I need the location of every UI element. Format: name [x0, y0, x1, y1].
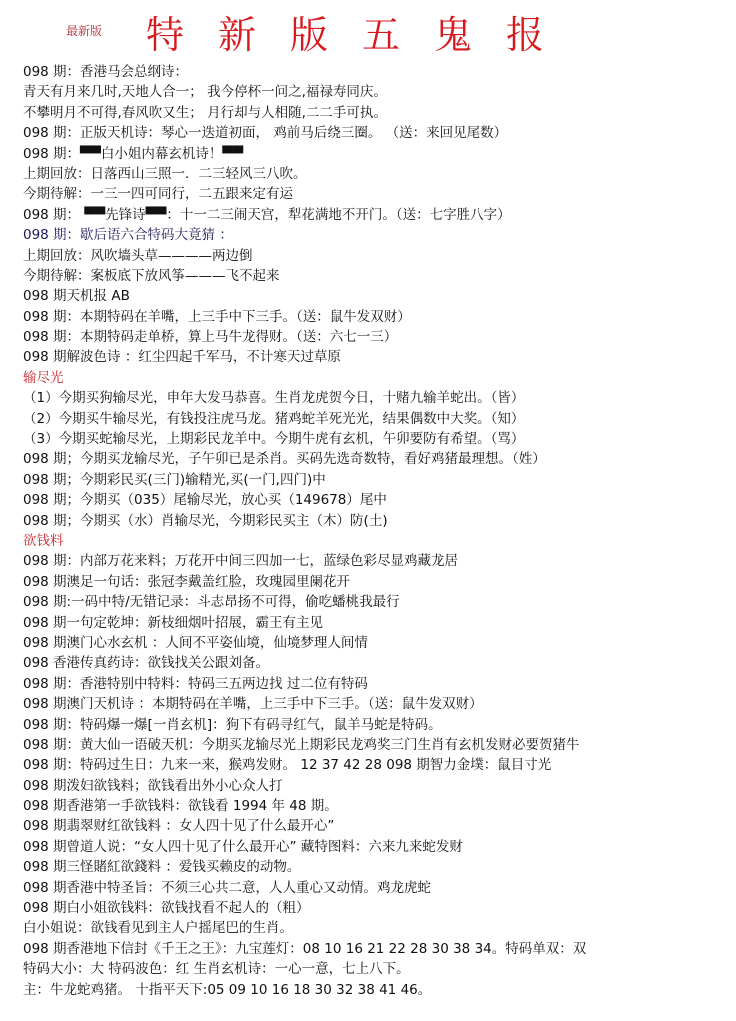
- title-char: 版: [290, 4, 338, 59]
- text-line: 098 期；今期彩民买(三门)输精光,买(一门,四门)中: [23, 470, 733, 490]
- text-line: 不攀明月不可得,春风吹又生； 月行却与人相随,二二手可执。: [23, 103, 733, 123]
- text-line: 098 期：特码过生日：九来一来，猴鸡发财。 12 37 42 28 098 期…: [23, 755, 733, 775]
- text-line: 098 期：香港马会总纲诗：: [23, 62, 733, 82]
- text-line: 098 期：黄大仙一语破天机：今期买龙输尽光上期彩民龙鸡奖三门生肖有玄机发财必要…: [23, 735, 733, 755]
- text-line: 上期回放：风吹墙头草————两边倒: [23, 246, 733, 266]
- title-char: 新: [218, 4, 266, 59]
- text-line: （1）今期买狗输尽光，申年大发马恭喜。生肖龙虎贺今日，十赌九输羊蛇出。（皆）: [23, 388, 733, 408]
- text-line: 098 期香港中特圣旨：不须三心共二意，人人重心又动情。鸡龙虎蛇: [23, 878, 733, 898]
- text-line: 098 期：本期特码在羊嘴，上三手中下三手。（送：鼠牛发双财）: [23, 307, 733, 327]
- text-line: 098 期：香港特别中特料：特码三五两边找 过二位有特码: [23, 674, 733, 694]
- text-line: 青天有月来几时,天地人合一； 我今停杯一问之,福禄寿同庆。: [23, 82, 733, 102]
- text-line: 上期回放：日落西山三照一．二三轻风三八吹。: [23, 164, 733, 184]
- title-char: 特: [146, 4, 194, 59]
- text-line: 098 期： ▀▀先锋诗▀▀：十一二三闹天宫，犁花满地不开门。（送：七字胜八字）: [23, 205, 733, 225]
- text-line: 098 期解波色诗 ：红尘四起千军马，不计寒天过草原: [23, 347, 733, 367]
- text-line: 098 期；今期买（水）肖输尽光，今期彩民买主（木）防(土): [23, 511, 733, 531]
- text-line: （2）今期买牛输尽光，有钱投注虎马龙。猪鸡蛇羊死光光，结果偶数中大奖。（知）: [23, 409, 733, 429]
- text-line: 特码大小：大 特码波色：红 生肖玄机诗：一心一意，七上八下。: [23, 959, 733, 979]
- header: 最新版 特新版五鬼报: [0, 0, 736, 56]
- title-char: 鬼: [434, 4, 482, 59]
- title-char: 报: [506, 4, 554, 59]
- title-char: 五: [362, 4, 410, 59]
- text-line: 098 期澳门天机诗 ：本期特码在羊嘴，上三手中下三手。（送：鼠牛发双财）: [23, 694, 733, 714]
- text-line: 主：牛龙蛇鸡猪。 十指平天下:05 09 10 16 18 30 32 38 4…: [23, 980, 733, 1000]
- text-line: 098 香港传真药诗：欲钱找关公跟刘备。: [23, 653, 733, 673]
- text-line: 098 期香港第一手欲钱料：欲钱看 1994 年 48 期。: [23, 796, 733, 816]
- text-line: 098 期：本期特码走单桥，算上马牛龙得财。（送：六七一三）: [23, 327, 733, 347]
- text-line: 098 期澳门心水玄机 ：人间不平姿仙境，仙境梦理人间情: [23, 633, 733, 653]
- text-line: 098 期：特码爆一爆[一肖玄机]：狗下有码寻红气，鼠羊马蛇是特码。: [23, 715, 733, 735]
- section-heading: 输尽光: [23, 368, 733, 388]
- edition-label: 最新版: [66, 22, 102, 39]
- text-line: 098 期：内部万花来料；万花开中间三四加一七，蓝绿色彩尽显鸡藏龙居: [23, 551, 733, 571]
- text-line: 098 期曾道人说：“女人四十见了什么最开心” 藏特图料：六来九来蛇发财: [23, 837, 733, 857]
- document-body: 098 期：香港马会总纲诗：青天有月来几时,天地人合一； 我今停杯一问之,福禄寿…: [23, 62, 733, 1000]
- text-line: 098 期：歇后语六合特码大竟猜 ：: [23, 225, 733, 245]
- text-line: （3）今期买蛇输尽光，上期彩民龙羊中。今期牛虎有玄机，午卯要防有希望。（骂）: [23, 429, 733, 449]
- text-line: 098 期澳足一句话：张冠李戴盖红脸，玫瑰园里阑花开: [23, 572, 733, 592]
- text-line: 白小姐说：欲钱看见到主人户摇尾巴的生肖。: [23, 918, 733, 938]
- text-line: 098 期香港地下信封《千王之王》：九宝莲灯：08 10 16 21 22 28…: [23, 939, 733, 959]
- text-line: 098 期泼妇欲钱料；欲钱看出外小心众人打: [23, 776, 733, 796]
- page-title: 特新版五鬼报: [146, 4, 554, 59]
- text-line: 098 期白小姐欲钱料：欲钱找看不起人的（粗）: [23, 898, 733, 918]
- text-line: 098 期；今期买龙输尽光，子午卯已是杀肖。买码先选奇数特，看好鸡猪最理想。（姓…: [23, 449, 733, 469]
- text-line: 今期待解：一三一四可同行，二五跟来定有运: [23, 184, 733, 204]
- text-line: 今期待解：案板底下放风筝———飞不起来: [23, 266, 733, 286]
- text-line: 098 期一句定乾坤：新枝细烟叶招展，霸王有主见: [23, 613, 733, 633]
- text-line: 098 期；今期买（035）尾输尽光，放心买（149678）尾中: [23, 490, 733, 510]
- text-line: 098 期天机报 AB: [23, 286, 733, 306]
- text-line: 098 期：正版天机诗：琴心一迭道初面， 鸡前马后绕三圈。 （送：来回见尾数）: [23, 123, 733, 143]
- section-heading: 欲钱料: [23, 531, 733, 551]
- text-line: 098 期：▀▀白小姐内幕玄机诗！▀▀: [23, 144, 733, 164]
- text-line: 098 期三怪賭紅欲錢料 ：爱钱买赖皮的动物。: [23, 857, 733, 877]
- text-line: 098 期翡翠财红欲钱料 ：女人四十见了什么最开心”: [23, 816, 733, 836]
- text-line: 098 期:一码中特/无错记录：斗志昂扬不可得，偷吃蟠桃我最行: [23, 592, 733, 612]
